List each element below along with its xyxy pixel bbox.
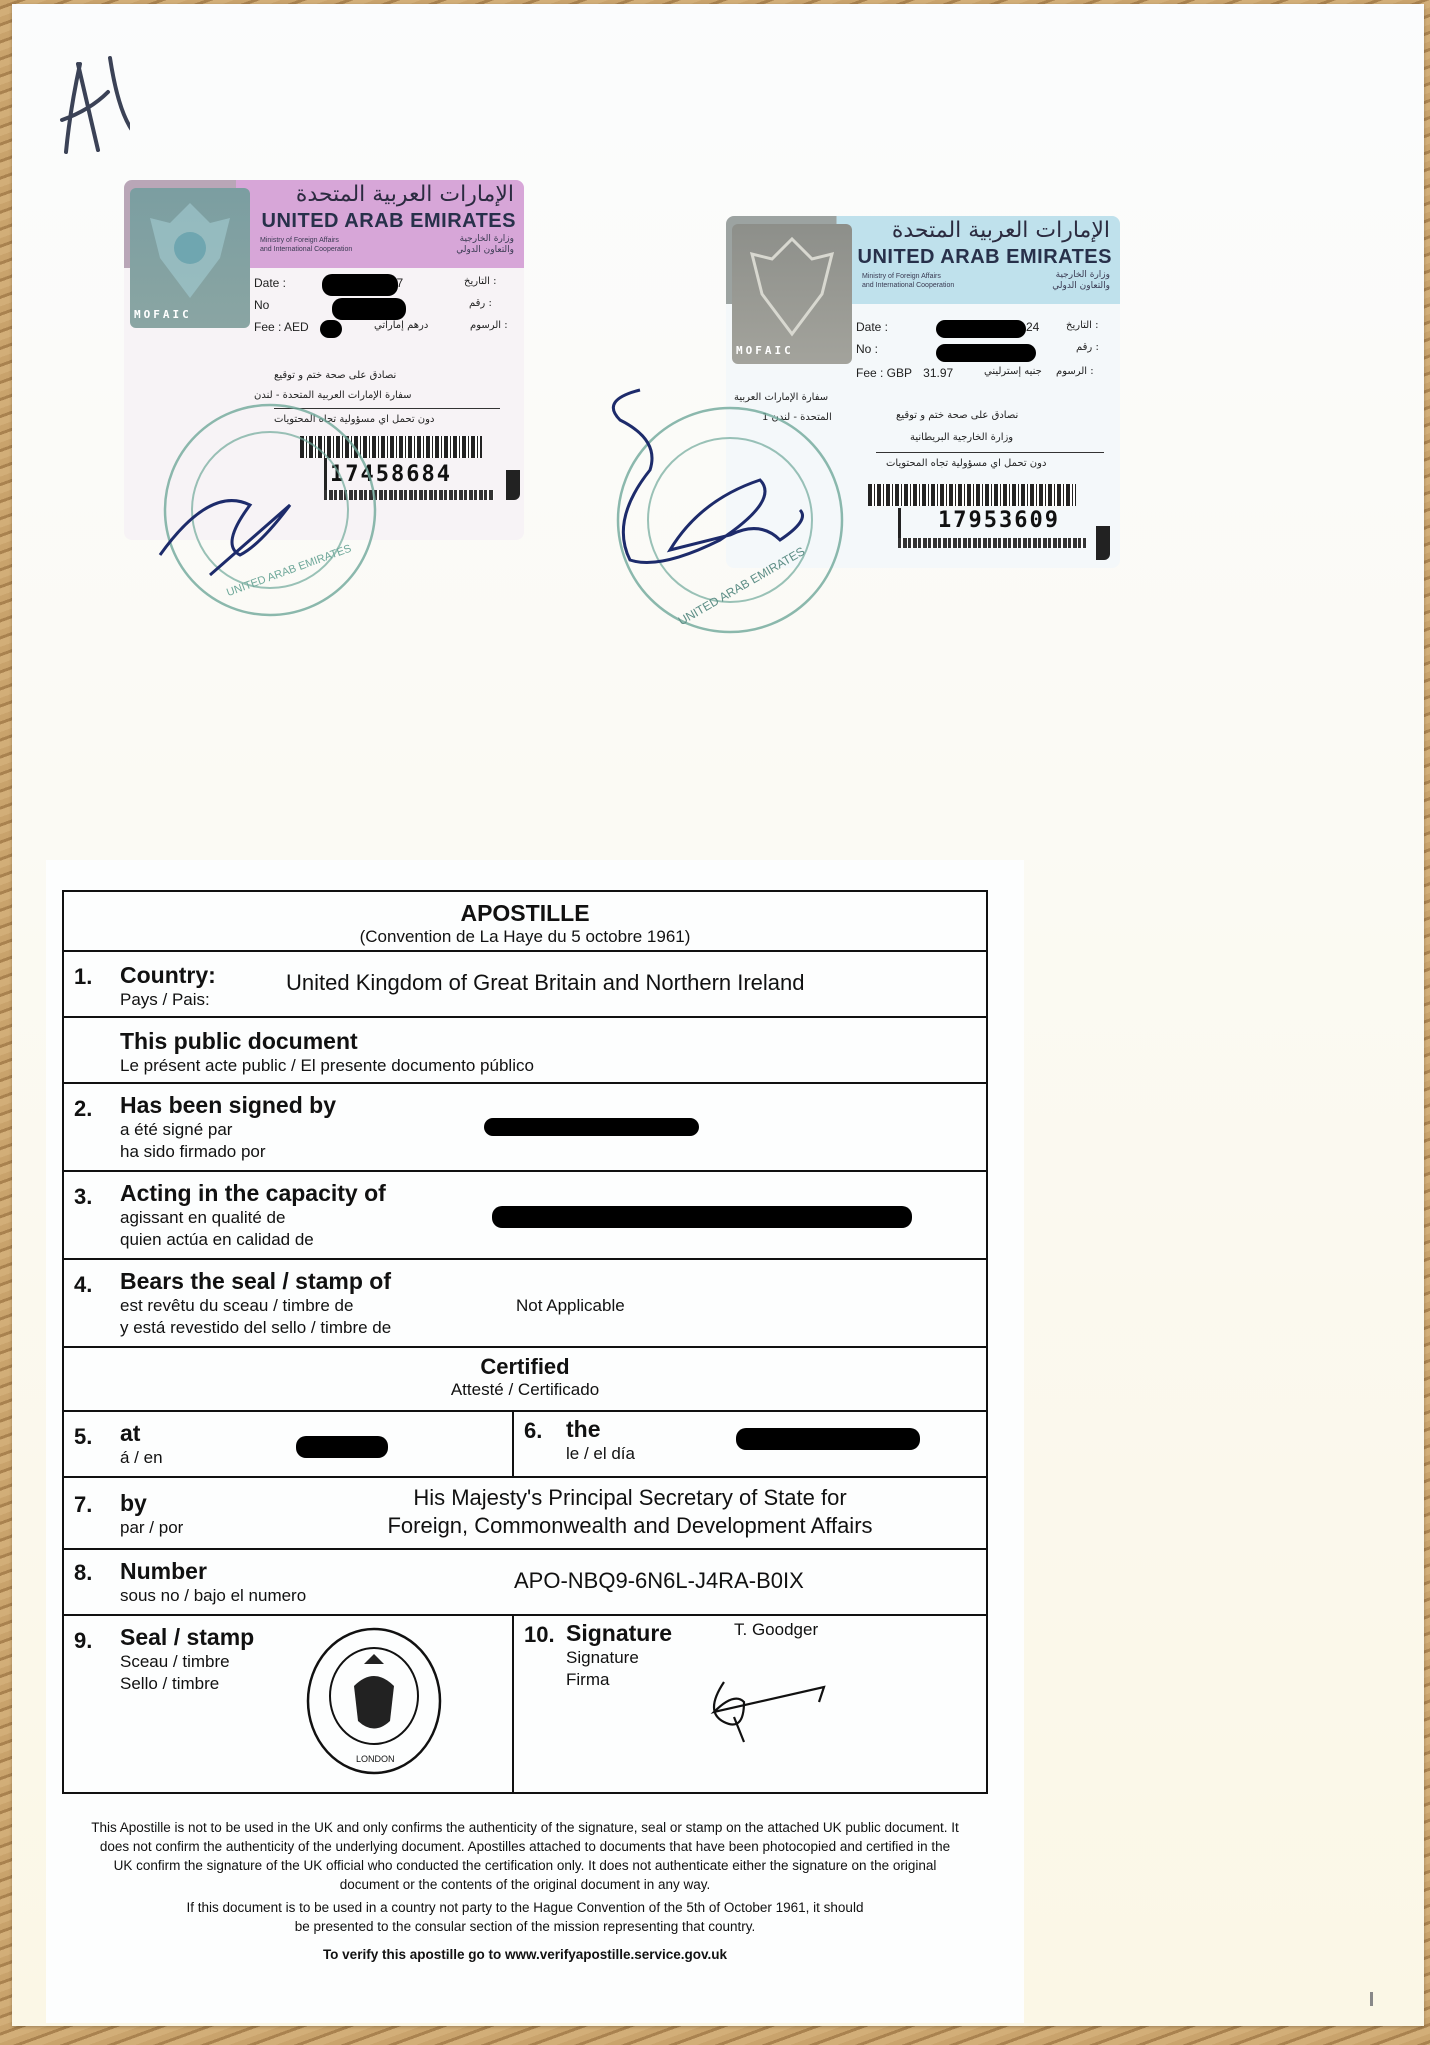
number-field: No : رقم [254,298,269,312]
disclaimer-line: دون تحمل اي مسؤولية تجاه المحتويات [886,458,1046,469]
ministry-ar: وزارة الخارجيةوالتعاون الدولي [456,234,514,256]
redacted-fee [320,320,342,338]
handwritten-initial-mark [40,50,130,160]
country-value: United Kingdom of Great Britain and Nort… [286,970,805,996]
field-country: 1. Country:Pays / Pais: United Kingdom o… [64,952,986,1018]
uae-eagle-emblem-icon [732,224,852,364]
barcode-top [868,484,1076,506]
redacted-date [322,274,398,296]
footer-disclaimer: This Apostille is not to be used in the … [90,1818,960,1894]
field-public-document: This public documentLe présent acte publ… [64,1018,986,1084]
mofaic-text: MOFAIC [736,344,794,357]
by-value: His Majesty's Principal Secretary of Sta… [334,1484,926,1540]
sticker-arabic-title: الإمارات العربية المتحدة [892,218,1110,243]
field-by: 7. bypar / por His Majesty's Principal S… [64,1478,986,1550]
ministry-en: Ministry of Foreign Affairsand Internati… [862,272,954,290]
footer-verify-link[interactable]: To verify this apostille go to www.verif… [90,1945,960,1964]
barcode-block [506,470,520,500]
number-field: No : : رقم [856,342,878,356]
fee-field: Fee : GBP 31.97 جنيه إسترليني : الرسوم [856,366,953,380]
redacted-number [936,344,1036,362]
barcode-bottom [898,538,1086,548]
field-at: 5. atá / en [64,1412,514,1476]
fee-field: Fee : AED درهم إماراتي : الرسوم [254,320,309,334]
redacted-date [936,320,1026,338]
sticker-english-title: UNITED ARAB EMIRATES [858,246,1112,269]
mofaic-text: MOFAIC [134,308,192,321]
attest-line-2: وزارة الخارجية البريطانية [910,432,1013,443]
redacted-capacity [492,1206,912,1228]
redacted-date [736,1428,920,1450]
fcdo-london-seal-icon: LONDON [304,1626,444,1776]
apostille-subtitle: (Convention de La Haye du 5 octobre 1961… [64,927,986,947]
barcode-number: 17953609 [938,508,1060,533]
uae-mofa-attestation-seal: UNITED ARAB EMIRATES [150,395,390,625]
uae-embassy-london-seal: UNITED ARAB EMIRATES [580,370,860,650]
apostille-header: APOSTILLE (Convention de La Haye du 5 oc… [64,892,986,952]
redacted-number [332,298,406,320]
attest-line-1: نصادق على صحة ختم و توقيع [896,410,1018,421]
ministry-en: Ministry of Foreign Affairsand Internati… [260,236,352,254]
redacted-place [296,1436,388,1458]
apostille-certificate: APOSTILLE (Convention de La Haye du 5 oc… [62,890,988,1794]
signer-name: T. Goodger [734,1620,818,1640]
handwritten-signature [704,1672,834,1752]
field-place-date: 5. atá / en 6. thele / el día [64,1412,986,1478]
field-signature: 10. SignatureSignatureFirma T. Goodger [514,1616,986,1792]
field-the: 6. thele / el día [514,1412,986,1476]
divider [876,452,1104,453]
date-field: Date : 11.47 : التاريخ [254,276,286,290]
field-signed-by: 2. Has been signed bya été signé parha s… [64,1084,986,1172]
field-seal: 9. Seal / stampSceau / timbreSello / tim… [64,1616,514,1792]
uae-eagle-emblem-icon [130,188,250,328]
certified-header: Certified Attesté / Certificado [64,1348,986,1412]
pencil-mark [1370,1992,1373,2006]
barcode-block [1096,526,1110,560]
field-capacity: 3. Acting in the capacity ofagissant en … [64,1172,986,1260]
redacted-signer-name [484,1118,699,1136]
seal-of-value: Not Applicable [516,1296,625,1316]
svg-text:LONDON: LONDON [356,1754,395,1764]
apostille-number-value[interactable]: APO-NBQ9-6N6L-J4RA-B0IX [514,1568,804,1594]
field-seal-of: 4. Bears the seal / stamp ofest revêtu d… [64,1260,986,1348]
attest-line-1: نصادق على صحة ختم و توقيع [274,370,396,381]
ministry-ar: وزارة الخارجيةوالتعاون الدولي [1052,270,1110,292]
field-number: 8. Numbersous no / bajo el numero APO-NB… [64,1550,986,1616]
date-field: Date : 24 : التاريخ [856,320,888,334]
sticker-english-title: UNITED ARAB EMIRATES [262,210,516,233]
footer-hague-note: If this document is to be used in a coun… [180,1898,870,1936]
field-seal-signature: 9. Seal / stampSceau / timbreSello / tim… [64,1616,986,1792]
sticker-arabic-title: الإمارات العربية المتحدة [296,182,514,207]
apostille-title: APOSTILLE [64,892,986,927]
